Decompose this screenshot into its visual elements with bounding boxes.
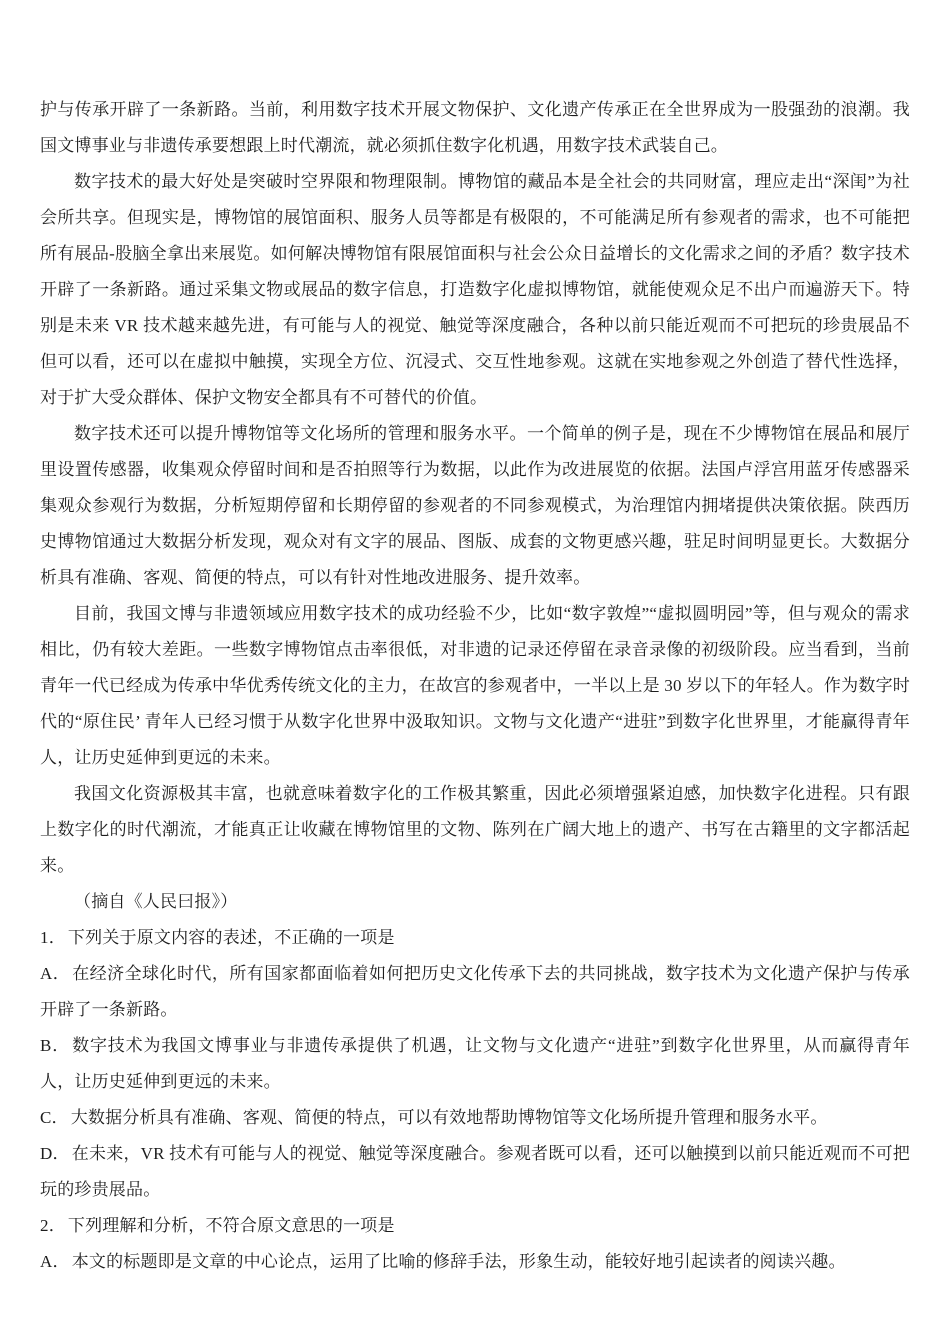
article-paragraph: 目前，我国文博与非遗领域应用数字技术的成功经验不少，比如“数字敦煌”“虚拟圆明园… xyxy=(40,596,910,776)
question-1-option-d: D．在未来，VR 技术有可能与人的视觉、触觉等深度融合。参观者既可以看，还可以触… xyxy=(40,1136,910,1208)
question-2-option-a: A．本文的标题即是文章的中心论点，运用了比喻的修辞手法，形象生动，能较好地引起读… xyxy=(40,1244,910,1280)
question-1-number: 1． xyxy=(40,928,66,947)
article-paragraph: 数字技术的最大好处是突破时空界限和物理限制。博物馆的藏品本是全社会的共同财富，理… xyxy=(40,164,910,416)
article-body: 护与传承开辟了一条新路。当前，利用数字技术开展文物保护、文化遗产传承正在全世界成… xyxy=(40,92,910,920)
option-a-text: 在经济全球化时代，所有国家都面临着如何把历史文化传承下去的共同挑战，数字技术为文… xyxy=(40,964,910,1019)
option-b-label: B． xyxy=(40,1036,70,1055)
question-1-option-c: C．大数据分析具有准确、客观、简便的特点，可以有效地帮助博物馆等文化场所提升管理… xyxy=(40,1100,910,1136)
option-b-text: 数字技术为我国文博事业与非遗传承提供了机遇，让文物与文化遗产“进驻”到数字化世界… xyxy=(40,1036,910,1091)
option-a-text: 本文的标题即是文章的中心论点，运用了比喻的修辞手法，形象生动，能较好地引起读者的… xyxy=(72,1252,846,1271)
exam-page: 护与传承开辟了一条新路。当前，利用数字技术开展文物保护、文化遗产传承正在全世界成… xyxy=(0,0,950,1344)
question-1-option-b: B．数字技术为我国文博事业与非遗传承提供了机遇，让文物与文化遗产“进驻”到数字化… xyxy=(40,1028,910,1100)
article-paragraph-continuation: 护与传承开辟了一条新路。当前，利用数字技术开展文物保护、文化遗产传承正在全世界成… xyxy=(40,92,910,164)
question-1-option-a: A．在经济全球化时代，所有国家都面临着如何把历史文化传承下去的共同挑战，数字技术… xyxy=(40,956,910,1028)
option-a-label: A． xyxy=(40,964,70,983)
article-paragraph: 我国文化资源极其丰富，也就意味着数字化的工作极其繁重，因此必须增强紧迫感，加快数… xyxy=(40,776,910,884)
option-a-label: A． xyxy=(40,1252,70,1271)
option-c-text: 大数据分析具有准确、客观、简便的特点，可以有效地帮助博物馆等文化场所提升管理和服… xyxy=(71,1108,828,1127)
question-1-stem-text: 下列关于原文内容的表述，不正确的一项是 xyxy=(68,928,395,947)
question-2-number: 2． xyxy=(40,1216,66,1235)
questions-section: 1．下列关于原文内容的表述，不正确的一项是 A．在经济全球化时代，所有国家都面临… xyxy=(40,920,910,1280)
article-paragraph: 数字技术还可以提升博物馆等文化场所的管理和服务水平。一个简单的例子是，现在不少博… xyxy=(40,416,910,596)
option-d-text: 在未来，VR 技术有可能与人的视觉、触觉等深度融合。参观者既可以看，还可以触摸到… xyxy=(40,1144,910,1199)
question-2: 2．下列理解和分析，不符合原文意思的一项是 A．本文的标题即是文章的中心论点，运… xyxy=(40,1208,910,1280)
question-1: 1．下列关于原文内容的表述，不正确的一项是 A．在经济全球化时代，所有国家都面临… xyxy=(40,920,910,1208)
article-source-attribution: （摘自《人民曰报》） xyxy=(40,884,910,920)
option-c-label: C． xyxy=(40,1108,69,1127)
question-2-stem-text: 下列理解和分析，不符合原文意思的一项是 xyxy=(68,1216,395,1235)
option-d-label: D． xyxy=(40,1144,70,1163)
question-2-stem: 2．下列理解和分析，不符合原文意思的一项是 xyxy=(40,1208,910,1244)
question-1-stem: 1．下列关于原文内容的表述，不正确的一项是 xyxy=(40,920,910,956)
